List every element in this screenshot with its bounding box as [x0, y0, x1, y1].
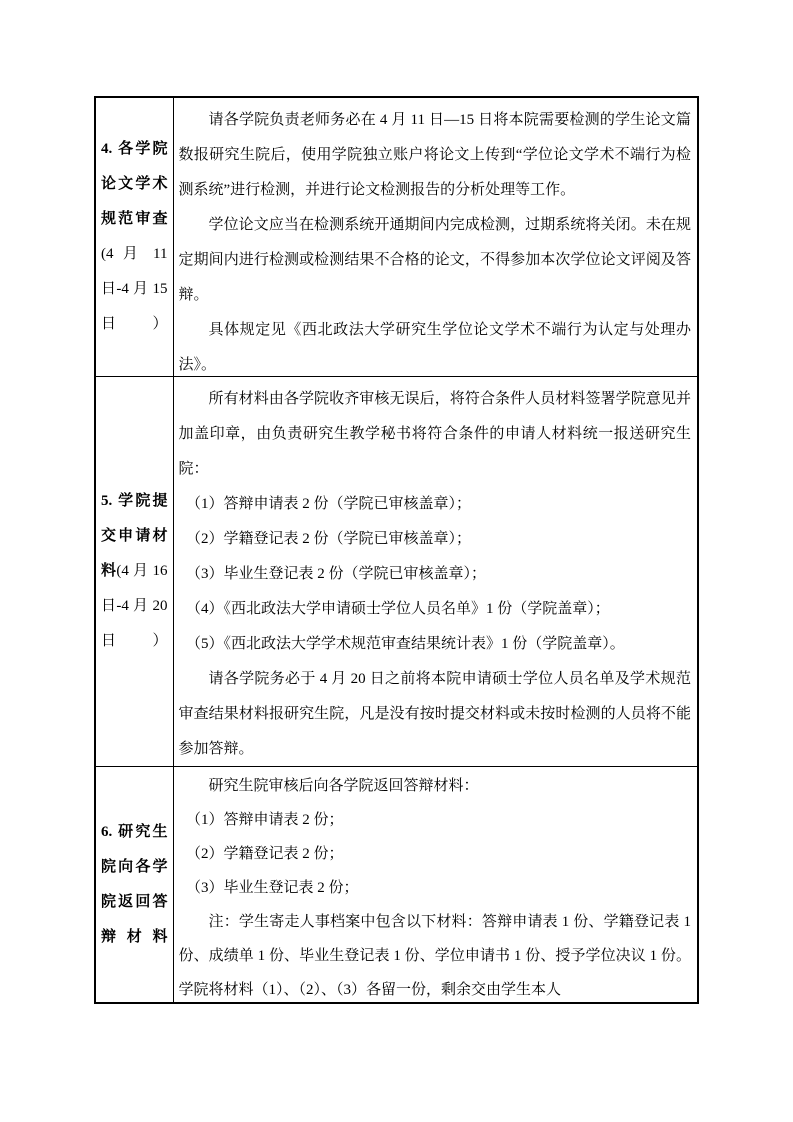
- stage-content: 请各学院负责老师务必在 4 月 11 日—15 日将本院需要检测的学生论文篇数报…: [174, 98, 698, 376]
- paragraph: 研究生院审核后向各学院返回答辩材料：: [179, 769, 692, 803]
- list-item: （4）《西北政法大学申请硕士学位人员名单》1 份（学院盖章）；: [179, 592, 692, 627]
- stage-label-cell: 5. 学院提交申请材料(4 月 16 日-4 月 20 日）: [95, 377, 173, 767]
- procedure-table: 4. 各学院论文学术规范审查(4 月 11 日-4 月 15 日） 请各学院负责…: [94, 96, 699, 1004]
- procedure-table-body: 4. 各学院论文学术规范审查(4 月 11 日-4 月 15 日） 请各学院负责…: [95, 97, 698, 1003]
- paragraph: 注：学生寄走人事档案中包含以下材料：答辩申请表 1 份、学籍登记表 1 份、成绩…: [179, 905, 692, 1002]
- list-item: （1）答辩申请表 2 份；: [179, 803, 692, 837]
- stage-label-title: 6. 研究生院向各学院返回答辩材料: [101, 824, 168, 945]
- list-item: （3）毕业生登记表 2 份（学院已审核盖章）；: [179, 557, 692, 592]
- stage-content: 所有材料由各学院收齐审核无误后，将符合条件人员材料签署学院意见并加盖印章，由负责…: [174, 377, 698, 766]
- stage-content-cell: 请各学院负责老师务必在 4 月 11 日—15 日将本院需要检测的学生论文篇数报…: [173, 97, 698, 377]
- paragraph: 所有材料由各学院收齐审核无误后，将符合条件人员材料签署学院意见并加盖印章，由负责…: [179, 382, 692, 487]
- stage-content: 研究生院审核后向各学院返回答辩材料：（1）答辩申请表 2 份；（2）学籍登记表 …: [174, 767, 698, 1002]
- list-item: （3）毕业生登记表 2 份；: [179, 871, 692, 905]
- table-row: 5. 学院提交申请材料(4 月 16 日-4 月 20 日） 所有材料由各学院收…: [95, 377, 698, 767]
- stage-label-dates: (4 月 11 日-4 月 15 日）: [101, 246, 168, 332]
- table-row: 4. 各学院论文学术规范审查(4 月 11 日-4 月 15 日） 请各学院负责…: [95, 97, 698, 377]
- stage-label-title: 4. 各学院论文学术规范审查: [101, 141, 168, 227]
- table-row: 6. 研究生院向各学院返回答辩材料 研究生院审核后向各学院返回答辩材料：（1）答…: [95, 767, 698, 1004]
- paragraph: 请各学院务必于 4 月 20 日之前将本院申请硕士学位人员名单及学术规范审查结果…: [179, 662, 692, 766]
- paragraph: 具体规定见《西北政法大学研究生学位论文学术不端行为认定与处理办法》。: [179, 313, 692, 376]
- paragraph: 请各学院负责老师务必在 4 月 11 日—15 日将本院需要检测的学生论文篇数报…: [179, 103, 692, 208]
- list-item: （1）答辩申请表 2 份（学院已审核盖章）；: [179, 487, 692, 522]
- list-item: （2）学籍登记表 2 份（学院已审核盖章）；: [179, 522, 692, 557]
- list-item: （5）《西北政法大学学术规范审查结果统计表》1 份（学院盖章）。: [179, 627, 692, 662]
- stage-content-cell: 所有材料由各学院收齐审核无误后，将符合条件人员材料签署学院意见并加盖印章，由负责…: [173, 377, 698, 767]
- document-page: 4. 各学院论文学术规范审查(4 月 11 日-4 月 15 日） 请各学院负责…: [0, 0, 793, 1122]
- list-item: （2）学籍登记表 2 份；: [179, 837, 692, 871]
- stage-content-cell: 研究生院审核后向各学院返回答辩材料：（1）答辩申请表 2 份；（2）学籍登记表 …: [173, 767, 698, 1004]
- stage-label-cell: 6. 研究生院向各学院返回答辩材料: [95, 767, 173, 1004]
- paragraph: 学位论文应当在检测系统开通期间内完成检测，过期系统将关闭。未在规定期间内进行检测…: [179, 208, 692, 313]
- stage-label-cell: 4. 各学院论文学术规范审查(4 月 11 日-4 月 15 日）: [95, 97, 173, 377]
